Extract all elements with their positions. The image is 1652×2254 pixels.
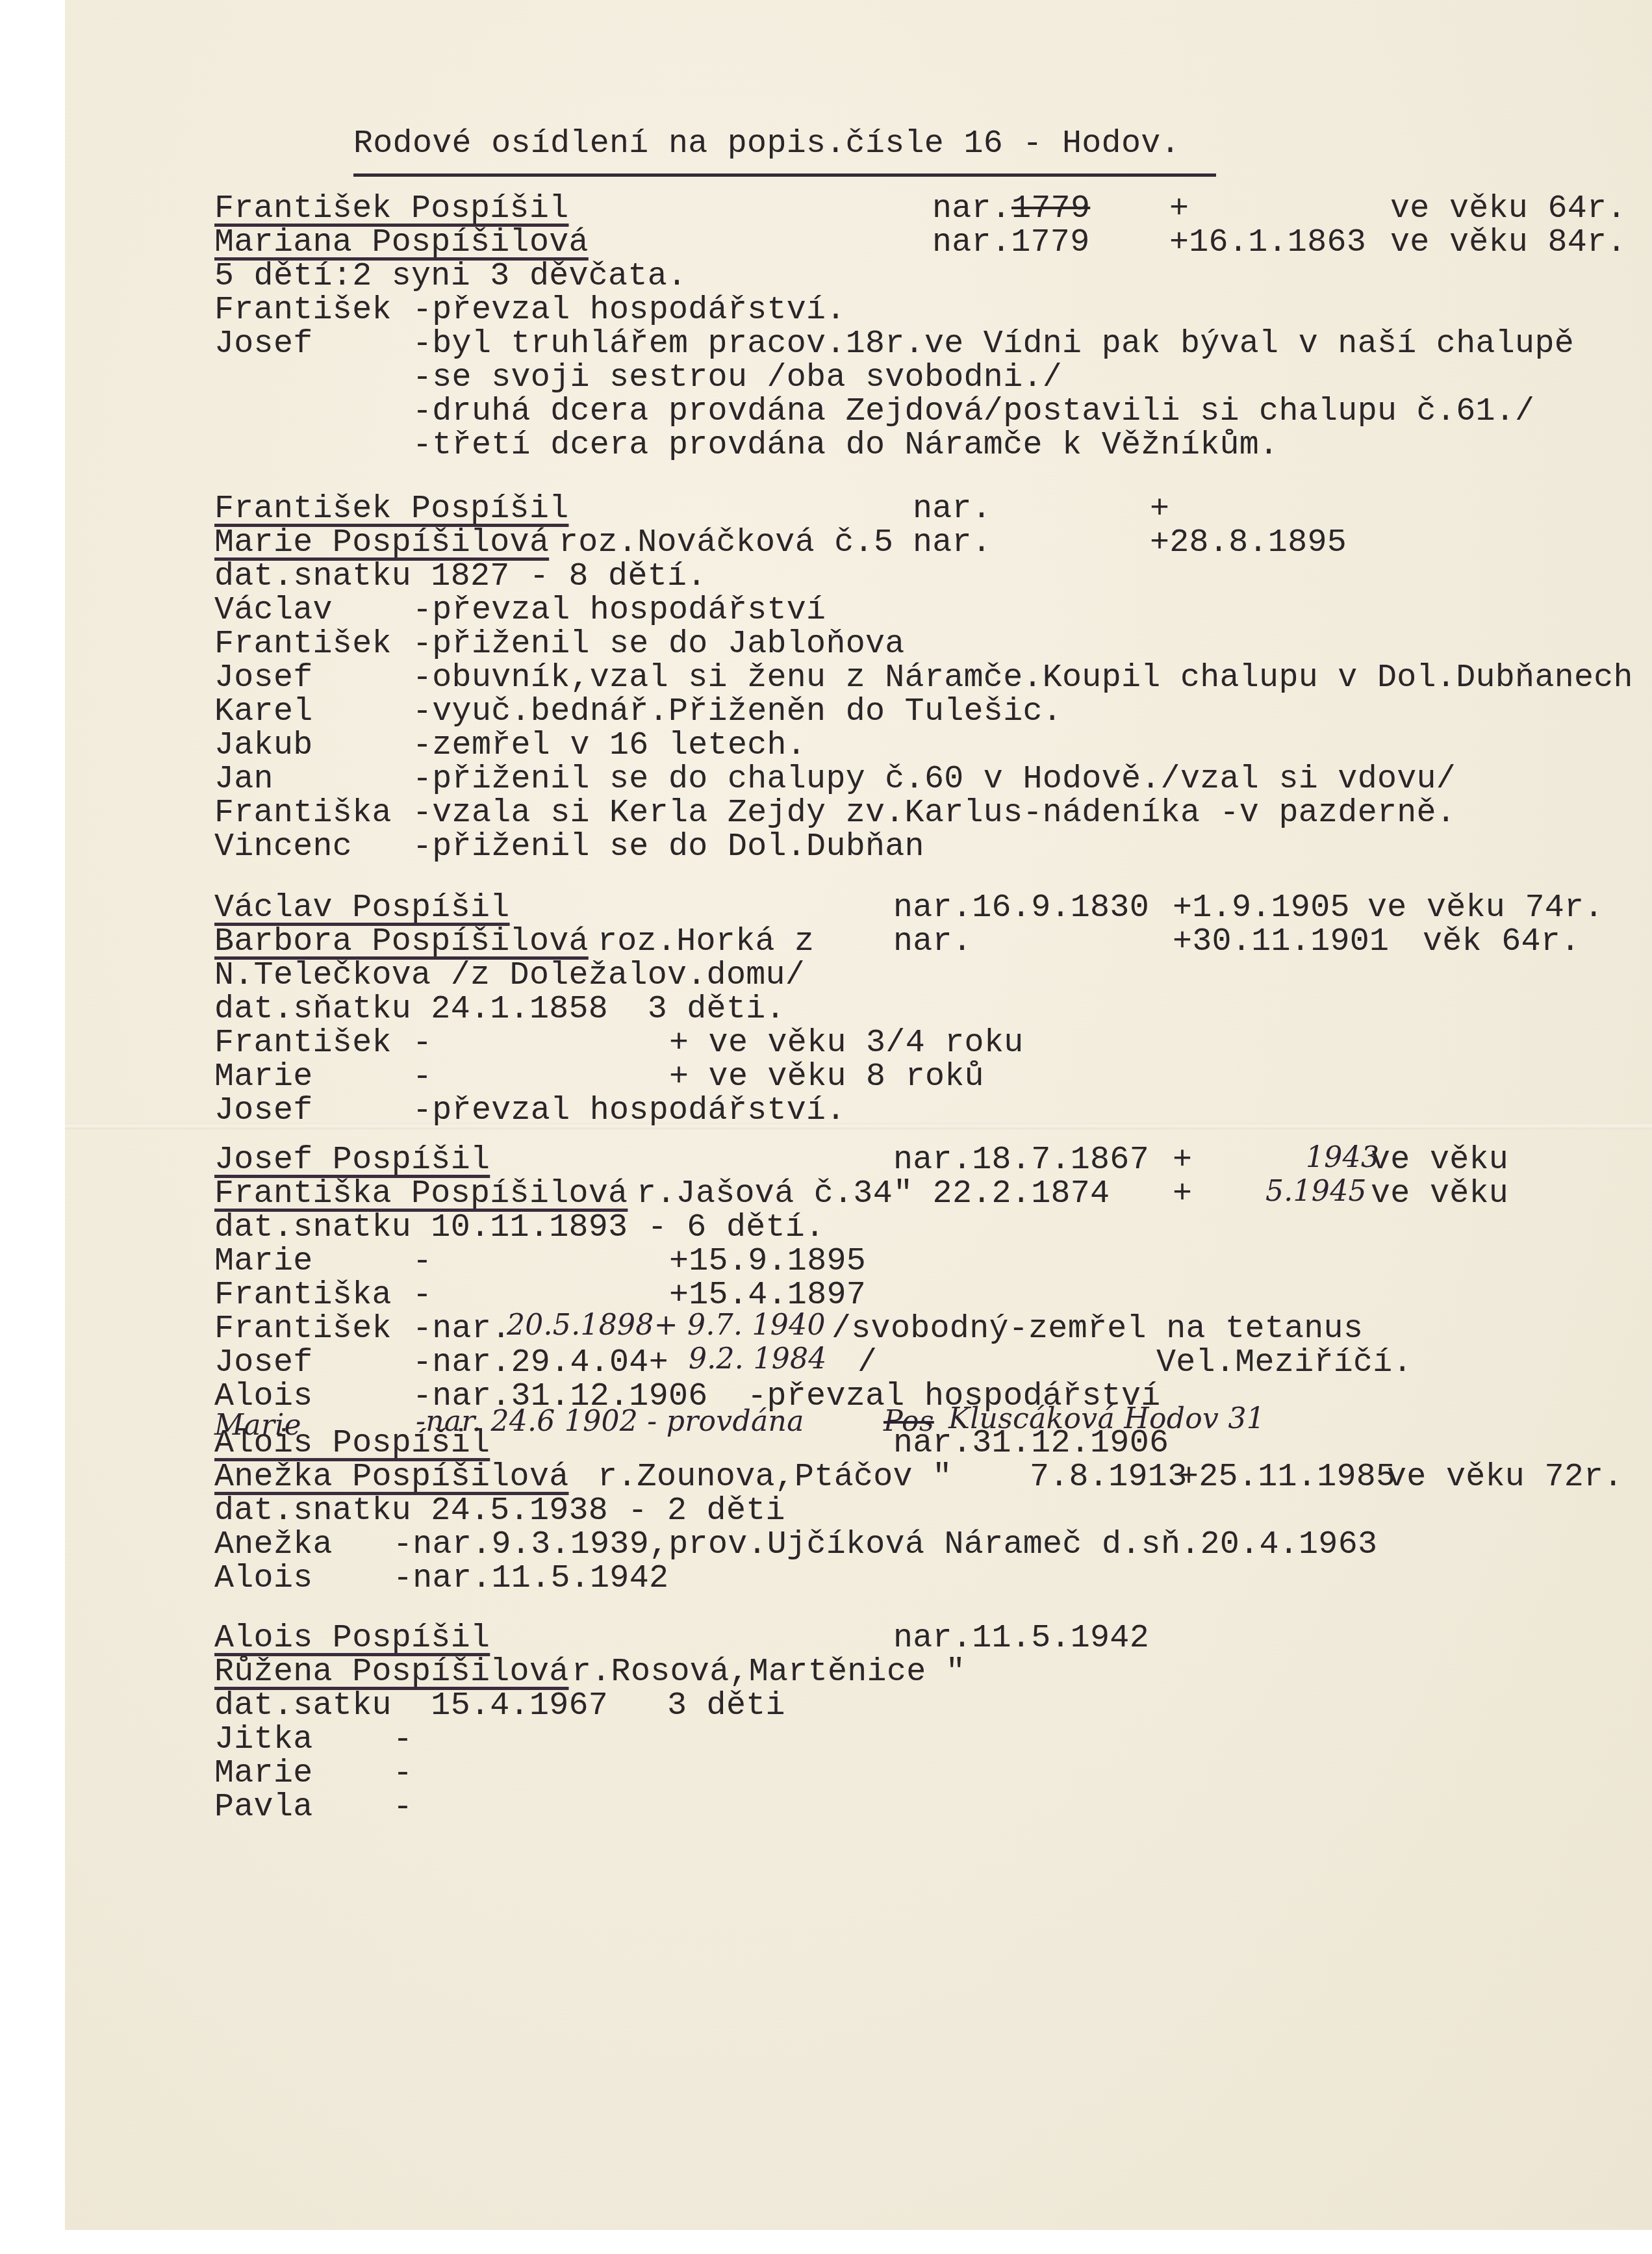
age-at-death: ve věku 64r. bbox=[1390, 192, 1627, 226]
child-note: - bbox=[413, 1060, 432, 1094]
child-note: - bbox=[393, 1723, 413, 1757]
handwritten-death-date: 5.1945 bbox=[1265, 1175, 1367, 1209]
birth-date: nar. bbox=[913, 493, 991, 526]
child-note: -převzal hospodářství. bbox=[413, 294, 846, 327]
death-date: + bbox=[1173, 1144, 1192, 1177]
child-name: Marie bbox=[214, 1245, 313, 1279]
wife-name: Marie Pospíšilová bbox=[214, 526, 549, 560]
child-name: František bbox=[214, 1313, 392, 1346]
child-name: Jan bbox=[214, 763, 273, 797]
child-name: František bbox=[214, 294, 392, 327]
child-note: -přiženil se do Jabloňova bbox=[413, 628, 905, 661]
child-name: Marie bbox=[214, 1757, 313, 1791]
child-note: -druhá dcera provdána Zejdová/postavili … bbox=[413, 395, 1534, 429]
child-death: + ve věku 3/4 roku bbox=[669, 1027, 1024, 1060]
child-note: - bbox=[393, 1791, 413, 1825]
child-name: Vincenc bbox=[214, 830, 352, 864]
child-note: -nar.9.3.1939,prov.Ujčíková Náramеč d.sň… bbox=[393, 1528, 1377, 1562]
typewritten-document: Rodové osídlení na popis.čísle 16 - Hodo… bbox=[0, 0, 1652, 2254]
marriage-info: dat.snatku 1827 - 8 dětí. bbox=[214, 560, 707, 594]
child-note: - bbox=[413, 1245, 432, 1279]
child-note: / bbox=[858, 1346, 877, 1380]
handwritten-dates: 20.5.1898+ 9.7. 1940 bbox=[507, 1309, 826, 1342]
child-name: Josef bbox=[214, 1346, 313, 1380]
child-name: Anežka bbox=[214, 1528, 333, 1562]
wife-name: Mariana Pospíšilová bbox=[214, 226, 589, 260]
child-note: -vzala si Kerla Zejdy zv.Karlus-nádeníka… bbox=[413, 797, 1456, 830]
death-date: + bbox=[1169, 192, 1189, 226]
child-note: - bbox=[393, 1757, 413, 1791]
wife-name: Františka Pospíšilová bbox=[214, 1177, 628, 1211]
age-at-death: ve věku 84r. bbox=[1390, 226, 1627, 260]
birth-label: nar. bbox=[932, 192, 1011, 226]
death-date: +30.11.1901 bbox=[1173, 925, 1389, 959]
marriage-info: dat.sňatku 24.1.1858 3 děti. bbox=[214, 993, 785, 1027]
husband-name: Alois Pospíšil bbox=[214, 1427, 490, 1461]
husband-name: Alois Pospíšil bbox=[214, 1622, 490, 1656]
birth-date: nar.18.7.1867 bbox=[893, 1144, 1149, 1177]
child-note: -obuvník,vzal si ženu z Náramče.Koupil c… bbox=[413, 661, 1633, 695]
marriage-info: dat.snatku 10.11.1893 - 6 dětí. bbox=[214, 1211, 824, 1245]
origin-note: N.Telečkova /z Doležalov.domu/ bbox=[214, 959, 805, 993]
child-death: + ve věku 8 roků bbox=[669, 1060, 984, 1094]
child-name: Jitka bbox=[214, 1723, 313, 1757]
birth-date: " 22.2.1874 bbox=[893, 1177, 1110, 1211]
handwritten-death-date: 9.2. 1984 bbox=[689, 1342, 827, 1376]
child-name: Jakub bbox=[214, 729, 313, 763]
child-death: +15.9.1895 bbox=[669, 1245, 866, 1279]
maiden-name: r.Jašová č.34 bbox=[637, 1177, 893, 1211]
wife-name: Růžena Pospíšilová bbox=[214, 1656, 569, 1689]
child-note: - bbox=[413, 1027, 432, 1060]
death-date: +1.9.1905 bbox=[1173, 891, 1350, 925]
child-name: Václav bbox=[214, 594, 333, 628]
children-summary: 5 dětí:2 syni 3 děvčata. bbox=[214, 260, 687, 294]
marriage-info: dat.satku 15.4.1967 3 děti bbox=[214, 1689, 785, 1723]
birth-date: nar.1779 bbox=[932, 226, 1089, 260]
birth-date: nar.31.12.1906 bbox=[893, 1427, 1169, 1461]
child-name: František bbox=[214, 628, 392, 661]
husband-name: František Pospíšil bbox=[214, 192, 569, 226]
child-name: Alois bbox=[214, 1562, 313, 1596]
child-note: -zemřel v 16 letech. bbox=[413, 729, 806, 763]
child-note: -přiženil se do chalupy č.60 v Hodově./v… bbox=[413, 763, 1456, 797]
age-at-death: ve věku bbox=[1371, 1144, 1508, 1177]
maiden-name: roz.Nováčková č.5 bbox=[559, 526, 893, 560]
child-note: -nar. bbox=[413, 1313, 511, 1346]
child-note: - bbox=[413, 1279, 432, 1313]
maiden-name: roz.Horká z bbox=[598, 925, 814, 959]
child-note: -přiženil se do Dol.Dubňan bbox=[413, 830, 924, 864]
document-title: Rodové osídlení na popis.čísle 16 - Hodo… bbox=[353, 127, 1180, 161]
child-note: -převzal hospodářství. bbox=[413, 1094, 846, 1128]
marriage-info: dat.snatku 24.5.1938 - 2 děti bbox=[214, 1494, 785, 1528]
child-note: -nar.11.5.1942 bbox=[393, 1562, 668, 1596]
death-date: +28.8.1895 bbox=[1150, 526, 1347, 560]
child-name: Josef bbox=[214, 661, 313, 695]
birth-date: nar.11.5.1942 bbox=[893, 1622, 1149, 1656]
birth-date: nar.16.9.1830 bbox=[893, 891, 1149, 925]
child-note: -se svoji sestrou /oba svobodni./ bbox=[413, 361, 1062, 395]
birth-date: nar. bbox=[913, 526, 991, 560]
title-underline bbox=[353, 173, 1216, 177]
child-name: Josef bbox=[214, 327, 313, 361]
child-name: Marie bbox=[214, 1060, 313, 1094]
death-date: +16.1.1863 bbox=[1169, 226, 1366, 260]
child-note: -vyuč.bednář.Přiženěn do Tulešic. bbox=[413, 695, 1062, 729]
child-note: /svobodný-zemřel na tetanus bbox=[832, 1313, 1363, 1346]
death-date: + bbox=[1173, 1177, 1192, 1211]
age-at-death: ve věku 72r. bbox=[1387, 1461, 1623, 1494]
husband-name: Josef Pospíšil bbox=[214, 1144, 490, 1177]
wife-name: Anežka Pospíšilová bbox=[214, 1461, 569, 1494]
child-name: Josef bbox=[214, 1094, 313, 1128]
husband-name: František Pospíšil bbox=[214, 493, 569, 526]
maiden-name: r.Zounova,Ptáčov " bbox=[598, 1461, 952, 1494]
child-name: Františka bbox=[214, 1279, 392, 1313]
age-at-death: ve věku bbox=[1371, 1177, 1508, 1211]
age-at-death: věk 64r. bbox=[1423, 925, 1580, 959]
child-note: -třetí dcera provdána do Náramče k Věžní… bbox=[413, 429, 1278, 463]
birth-date: nar. bbox=[893, 925, 972, 959]
husband-name: Václav Pospíšil bbox=[214, 891, 510, 925]
death-date: + bbox=[1150, 493, 1169, 526]
child-name: Pavla bbox=[214, 1791, 313, 1825]
birth-date: 7.8.1913 bbox=[1030, 1461, 1187, 1494]
wife-name: Barbora Pospíšilová bbox=[214, 925, 589, 959]
age-at-death: ve věku 74r. bbox=[1367, 891, 1604, 925]
death-date: +25.11.1985 bbox=[1179, 1461, 1395, 1494]
maiden-name: r.Rosová,Martěnice " bbox=[572, 1656, 965, 1689]
child-note: Vel.Meziříčí. bbox=[1156, 1346, 1412, 1380]
child-death: +15.4.1897 bbox=[669, 1279, 866, 1313]
child-note: -nar.29.4.04+ bbox=[413, 1346, 668, 1380]
child-note: -byl truhlářem pracov.18r.ve Vídni pak b… bbox=[413, 327, 1574, 361]
birth-year-struck: 1779 bbox=[1011, 192, 1090, 226]
child-name: František bbox=[214, 1027, 392, 1060]
handwritten-death-year: 1943 bbox=[1306, 1141, 1379, 1175]
child-name: Karel bbox=[214, 695, 313, 729]
child-name: Františka bbox=[214, 797, 392, 830]
child-note: -převzal hospodářství bbox=[413, 594, 826, 628]
